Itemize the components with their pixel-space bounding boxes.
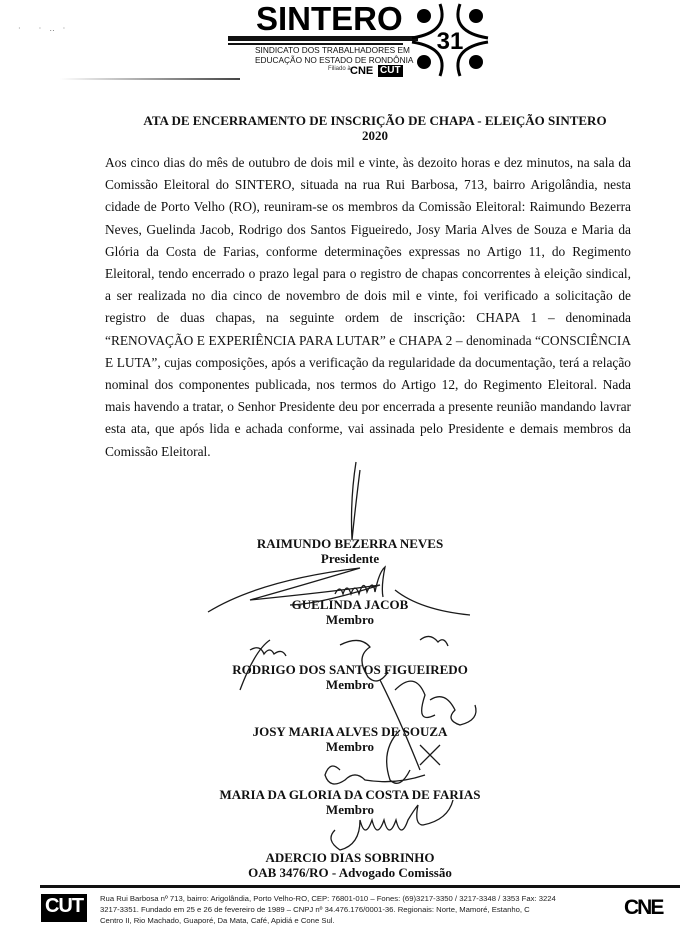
cut-logo: CUT	[378, 65, 403, 77]
logo-subtitle-line2: EDUCAÇÃO NO ESTADO DE RONDÔNIA	[255, 56, 413, 66]
footer-line2: 3217-3351. Fundado em 25 e 26 de feverei…	[100, 904, 622, 915]
minutes-body: Aos cinco dias do mês de outubro de dois…	[105, 152, 631, 463]
signatory-name: RAIMUNDO BEZERRA NEVES	[0, 536, 700, 551]
signatory-block: GUELINDA JACOB Membro	[0, 597, 700, 627]
signatory-name: JOSY MARIA ALVES DE SOUZA	[0, 724, 700, 739]
signatory-block: RODRIGO DOS SANTOS FIGUEIREDO Membro	[0, 662, 700, 692]
signatory-name: RODRIGO DOS SANTOS FIGUEIREDO	[0, 662, 700, 677]
signatory-role: Membro	[0, 677, 700, 692]
footer-address: Rua Rui Barbosa nº 713, bairro: Arigolân…	[100, 893, 622, 926]
footer-line3: Centro II, Rio Machado, Guaporé, Da Mata…	[100, 915, 622, 926]
signatory-block: ADERCIO DIAS SOBRINHO OAB 3476/RO - Advo…	[0, 850, 700, 880]
footer-cne-logo: CNE	[624, 896, 662, 920]
signatory-block: JOSY MARIA ALVES DE SOUZA Membro	[0, 724, 700, 754]
signatory-name: ADERCIO DIAS SOBRINHO	[0, 850, 700, 865]
signatory-role: Membro	[0, 802, 700, 817]
svg-text:31: 31	[437, 28, 464, 55]
footer-line1: Rua Rui Barbosa nº 713, bairro: Arigolân…	[100, 893, 622, 904]
sintero-logo: SINTERO SINDICATO DOS TRABALHADORES EM E…	[228, 2, 490, 78]
footer-divider	[40, 885, 680, 888]
title-line2: 2020	[100, 128, 650, 143]
signatory-block: RAIMUNDO BEZERRA NEVES Presidente	[0, 536, 700, 566]
title-line1: ATA DE ENCERRAMENTO DE INSCRIÇÃO DE CHAP…	[100, 113, 650, 128]
cne-logo: CNE	[350, 65, 373, 77]
affiliation-label: Filiado à	[328, 66, 351, 72]
header-scan-line	[60, 78, 240, 80]
signatory-block: MARIA DA GLORIA DA COSTA DE FARIAS Membr…	[0, 787, 700, 817]
scan-artifact: · ·‥·	[18, 24, 73, 33]
logo-title: SINTERO	[256, 2, 403, 36]
signatory-role: Membro	[0, 612, 700, 627]
signatory-role: Membro	[0, 739, 700, 754]
anniversary-emblem-icon: 31	[410, 2, 490, 78]
footer-cut-logo: CUT	[41, 894, 87, 922]
signatory-name: MARIA DA GLORIA DA COSTA DE FARIAS	[0, 787, 700, 802]
logo-subtitle: SINDICATO DOS TRABALHADORES EM EDUCAÇÃO …	[255, 46, 413, 65]
document-title: ATA DE ENCERRAMENTO DE INSCRIÇÃO DE CHAP…	[100, 113, 650, 143]
signatory-name: GUELINDA JACOB	[0, 597, 700, 612]
logo-divider	[228, 36, 418, 41]
signatory-role: Presidente	[0, 551, 700, 566]
signatory-role: OAB 3476/RO - Advogado Comissão	[0, 865, 700, 880]
footer-cut-text: CUT	[45, 895, 83, 917]
